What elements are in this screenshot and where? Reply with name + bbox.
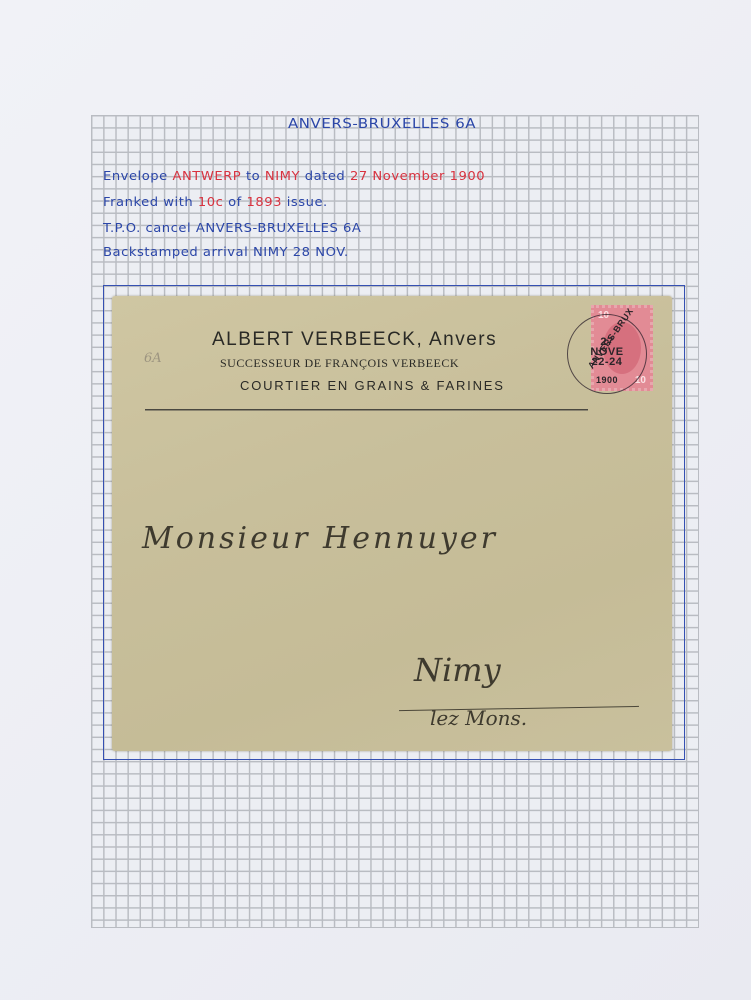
- cancel-date: 27 NOVE 22-24: [568, 337, 646, 367]
- letterhead-name: ALBERT VERBEECK, Anvers: [212, 329, 751, 351]
- note-line-2: Franked with 10c of 1893 issue.: [103, 194, 328, 209]
- note-segment: of: [223, 194, 246, 209]
- note-line-4: Backstamped arrival NIMY 28 NOV.: [103, 244, 349, 259]
- note-segment: to: [241, 168, 265, 183]
- note-segment: 1893: [247, 194, 283, 209]
- letterhead-rule: [145, 409, 588, 411]
- address-region: lez Mons.: [430, 706, 527, 730]
- address-town: Nimy: [414, 651, 501, 689]
- cancel-time: 22-24: [568, 357, 646, 367]
- album-page: ANVERS-BRUXELLES 6A Envelope ANTWERP to …: [0, 0, 751, 1000]
- note-segment: NIMY: [265, 168, 300, 183]
- note-segment: Franked with: [103, 194, 198, 209]
- note-segment: Envelope: [103, 168, 172, 183]
- note-line-1: Envelope ANTWERP to NIMY dated 27 Novemb…: [103, 168, 485, 183]
- letterhead-successor: SUCCESSEUR DE FRANÇOIS VERBEECK: [220, 356, 751, 371]
- note-segment: dated: [300, 168, 350, 183]
- letterhead-trade: COURTIER EN GRAINS & FARINES: [240, 378, 751, 393]
- note-segment: ANTWERP: [172, 168, 241, 183]
- note-segment: T.P.O. cancel ANVERS-BRUXELLES 6A: [103, 220, 361, 235]
- note-line-3: T.P.O. cancel ANVERS-BRUXELLES 6A: [103, 220, 361, 235]
- note-segment: 10c: [198, 194, 223, 209]
- page-title: ANVERS-BRUXELLES 6A: [288, 117, 476, 132]
- pencil-note: 6A: [144, 351, 162, 366]
- note-segment: Backstamped arrival NIMY 28 NOV.: [103, 244, 349, 259]
- address-recipient: Monsieur Hennuyer: [142, 521, 498, 556]
- envelope: 6A ALBERT VERBEECK, Anvers SUCCESSEUR DE…: [112, 296, 672, 751]
- note-segment: issue.: [282, 194, 328, 209]
- cancel-year: 1900: [568, 375, 646, 385]
- postmark-cancel: ANVERS-BRUX 27 NOVE 22-24 1900: [567, 314, 647, 394]
- note-segment: 27 November 1900: [350, 168, 485, 183]
